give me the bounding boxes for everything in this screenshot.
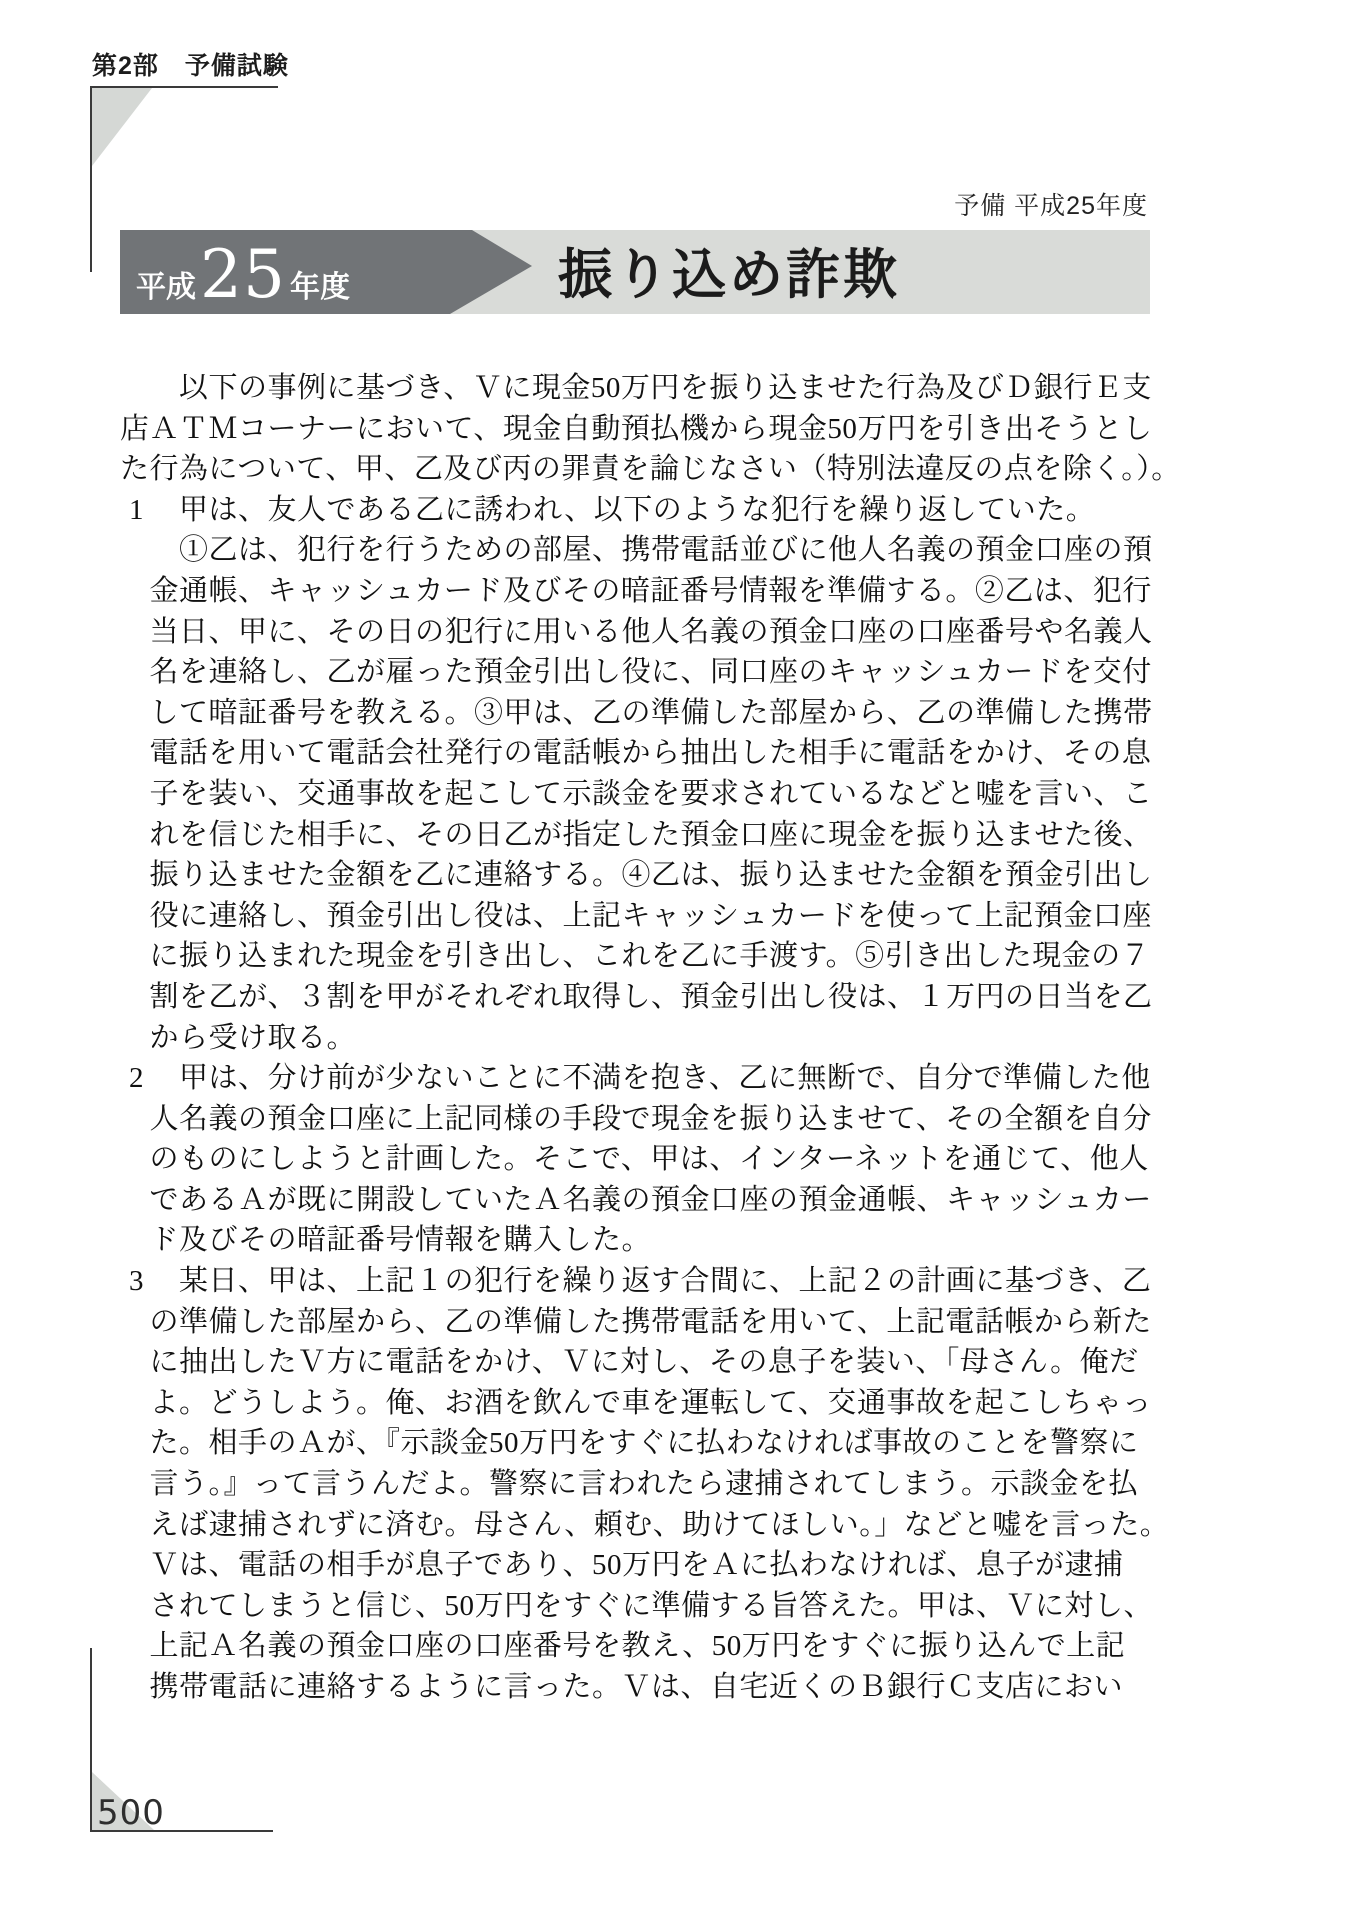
item-number: 1 [120,490,179,531]
era-suffix: 年度 [290,271,350,304]
era-number: 25 [196,236,290,313]
year-label: 平成25年度 [136,242,350,308]
text-line: 当日、甲に、その日の犯行に用いる他人名義の預金口座の口座番号や名義人 [120,612,1165,653]
text-line: ①乙は、犯行を行うための部屋、携帯電話並びに他人名義の預金口座の預 [120,530,1165,571]
text-line: して暗証番号を教える。③甲は、乙の準備した部屋から、乙の準備した携帯 [120,693,1165,734]
text-line: Ｖは、電話の相手が息子であり、50万円をＡに払わなければ、息子が逮捕 [120,1545,1165,1586]
text-line: 振り込ませた金額を乙に連絡する。④乙は、振り込ませた金額を預金引出し [120,855,1165,896]
text-line: 2甲は、分け前が少ないことに不満を抱き、乙に無断で、自分で準備した他 [120,1058,1165,1099]
text-line: 携帯電話に連絡するように言った。Ｖは、自宅近くのＢ銀行Ｃ支店におい [120,1667,1165,1708]
text-line: 名を連絡し、乙が雇った預金引出し役に、同口座のキャッシュカードを交付 [120,652,1165,693]
text-line: た。相手のＡが、『示談金50万円をすぐに払わなければ事故のことを警察に [120,1423,1165,1464]
corner-triangle-top [92,88,152,166]
item-first-line: 甲は、友人である乙に誘われ、以下のような犯行を繰り返していた。 [179,494,1095,526]
text-line: 人名義の預金口座に上記同様の手段で現金を振り込ませて、その全額を自分 [120,1099,1165,1140]
text-line: た行為について、甲、乙及び丙の罪責を論じなさい（特別法違反の点を除く。）。 [120,449,1165,490]
page-corner-label: 予備 平成25年度 [954,186,1148,222]
book-page: 第2部 予備試験 予備 平成25年度 平成25年度 振り込め詐欺 以下の事例に基… [0,0,1350,1920]
text-line: 上記Ａ名義の預金口座の口座番号を教え、50万円をすぐに振り込んで上記 [120,1626,1165,1667]
text-line: 役に連絡し、預金引出し役は、上記キャッシュカードを使って上記預金口座 [120,896,1165,937]
item-first-line: 甲は、分け前が少ないことに不満を抱き、乙に無断で、自分で準備した他 [179,1062,1151,1094]
exam-question-title: 振り込め詐欺 [558,232,900,309]
item-first-line: 某日、甲は、上記１の犯行を繰り返す合間に、上記２の計画に基づき、乙 [179,1265,1151,1297]
text-line: 3某日、甲は、上記１の犯行を繰り返す合間に、上記２の計画に基づき、乙 [120,1261,1165,1302]
text-line: よ。どうしよう。俺、お酒を飲んで車を運転して、交通事故を起こしちゃっ [120,1383,1165,1424]
text-line: れを信じた相手に、その日乙が指定した預金口座に現金を振り込ませた後、 [120,815,1165,856]
text-line: 1甲は、友人である乙に誘われ、以下のような犯行を繰り返していた。 [120,490,1165,531]
text-line: えば逮捕されずに済む。母さん、頼む、助けてほしい。」などと嘘を言った。 [120,1505,1165,1546]
text-line: 店ＡＴＭコーナーにおいて、現金自動預払機から現金50万円を引き出そうとし [120,409,1165,450]
item-number: 3 [120,1261,179,1302]
text-line: ド及びその暗証番号情報を購入した。 [120,1220,1165,1261]
text-line: 電話を用いて電話会社発行の電話帳から抽出した相手に電話をかけ、その息 [120,733,1165,774]
section-kicker: 第2部 予備試験 [92,46,289,82]
text-line: 子を装い、交通事故を起こして示談金を要求されているなどと嘘を言い、こ [120,774,1165,815]
item-number: 2 [120,1058,179,1099]
text-line: のものにしようと計画した。そこで、甲は、インターネットを通じて、他人 [120,1139,1165,1180]
text-line: 金通帳、キャッシュカード及びその暗証番号情報を準備する。②乙は、犯行 [120,571,1165,612]
text-line: 言う。』って言うんだよ。警察に言われたら逮捕されてしまう。示談金を払 [120,1464,1165,1505]
text-line: の準備した部屋から、乙の準備した携帯電話を用いて、上記電話帳から新た [120,1302,1165,1343]
text-line: から受け取る。 [120,1018,1165,1059]
era-prefix: 平成 [136,271,196,304]
problem-statement: 以下の事例に基づき、Ｖに現金50万円を振り込ませた行為及びＤ銀行Ｅ支 店ＡＴＭコ… [120,368,1165,1708]
title-banner: 平成25年度 振り込め詐欺 [120,230,1150,314]
text-line: に抽出したＶ方に電話をかけ、Ｖに対し、その息子を装い、「母さん。俺だ [120,1342,1165,1383]
text-line: であるＡが既に開設していたＡ名義の預金口座の預金通帳、キャッシュカー [120,1180,1165,1221]
text-line: 割を乙が、３割を甲がそれぞれ取得し、預金引出し役は、１万円の日当を乙 [120,977,1165,1018]
text-line: 以下の事例に基づき、Ｖに現金50万円を振り込ませた行為及びＤ銀行Ｅ支 [120,368,1165,409]
text-line: されてしまうと信じ、50万円をすぐに準備する旨答えた。甲は、Ｖに対し、 [120,1586,1165,1627]
page-number: 500 [97,1793,165,1833]
year-tab-arrow: 平成25年度 [120,230,532,314]
text-line: に振り込まれた現金を引き出し、これを乙に手渡す。⑤引き出した現金の７ [120,936,1165,977]
